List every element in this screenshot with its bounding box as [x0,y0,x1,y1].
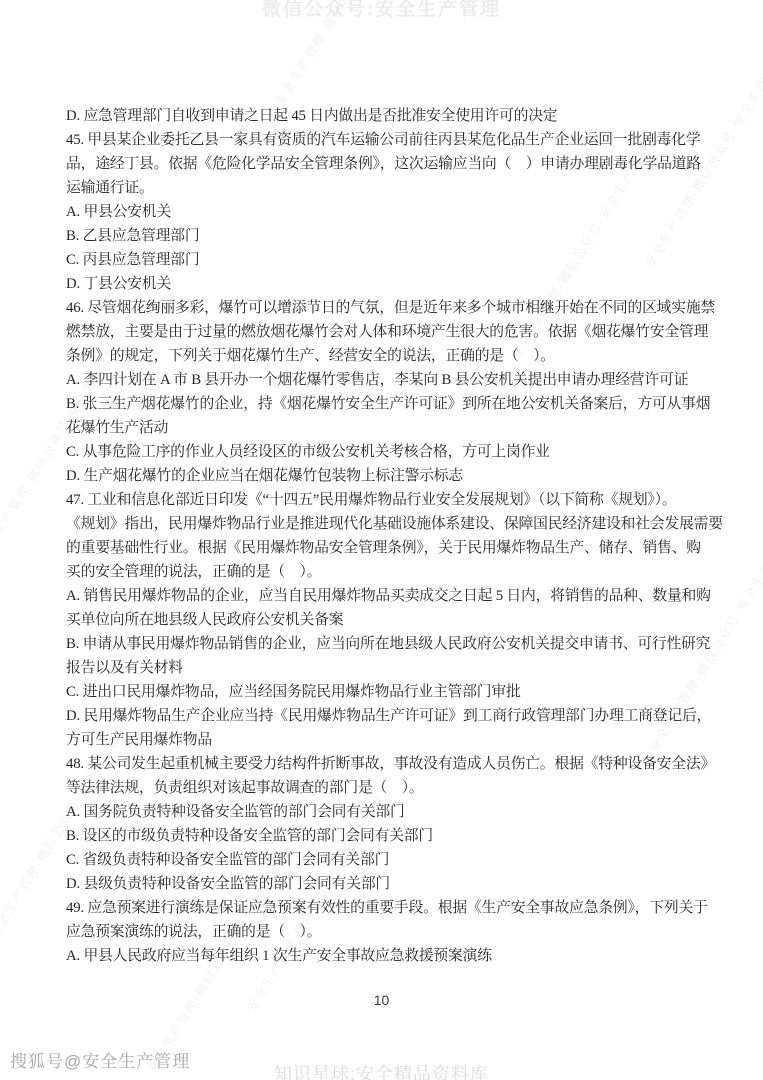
exam-text-block: D. 应急管理部门自收到申请之日起 45 日内做出是否批准安全使用许可的决定45… [66,104,726,968]
text-line: 《规划》指出，民用爆炸物品行业是推进现代化基础设施体系建设、保障国民经济建设和社… [66,512,726,536]
document-page: 微信公众号:安全生产管理 安全生产管理·微信公众号·安全生产管理 安全生产管理·… [0,0,763,1080]
text-line: B. 乙县应急管理部门 [66,224,726,248]
page-number: 10 [0,992,763,1008]
text-line: 运输通行证。 [66,176,726,200]
text-line: 报告以及有关材料 [66,656,726,680]
text-line: 条例》的规定，下列关于烟花爆竹生产、经营安全的说法，正确的是（ ）。 [66,344,726,368]
text-line: D. 民用爆炸物品生产企业应当持《民用爆炸物品生产许可证》到工商行政管理部门办理… [66,704,726,728]
watermark-bottom-center: 知识星球:安全精品资料库 [0,1060,763,1080]
text-line: 45. 甲县某企业委托乙县一家具有资质的汽车运输公司前往丙县某危化品生产企业运回… [66,128,726,152]
text-line: A. 李四计划在 A 市 B 县开办一个烟花爆竹零售店，李某向 B 县公安机关提… [66,368,726,392]
text-line: 花爆竹生产活动 [66,416,726,440]
text-line: B. 设区的市级负责特种设备安全监管的部门会同有关部门 [66,824,726,848]
text-line: 品，途经丁县。依据《危险化学品安全管理条例》，这次运输应当向（ ）申请办理剧毒化… [66,152,726,176]
text-line: A. 甲县人民政府应当每年组织 1 次生产安全事故应急救援预案演练 [66,944,726,968]
text-line: 46. 尽管烟花绚丽多彩，爆竹可以增添节日的气氛，但是近年来多个城市相继开始在不… [66,296,726,320]
text-line: C. 从事危险工序的作业人员经设区的市级公安机关考核合格，方可上岗作业 [66,440,726,464]
text-line: 48. 某公司发生起重机械主要受力结构件折断事故，事故没有造成人员伤亡。根据《特… [66,752,726,776]
text-line: D. 县级负责特种设备安全监管的部门会同有关部门 [66,872,726,896]
text-line: 燃禁放，主要是由于过量的燃放烟花爆竹会对人体和环境产生很大的危害。依据《烟花爆竹… [66,320,726,344]
text-line: C. 丙县应急管理部门 [66,248,726,272]
text-line: A. 销售民用爆炸物品的企业，应当自民用爆炸物品买卖成交之日起 5 日内，将销售… [66,584,726,608]
text-line: 49. 应急预案进行演练是保证应急预案有效性的重要手段。根据《生产安全事故应急条… [66,896,726,920]
text-line: D. 生产烟花爆竹的企业应当在烟花爆竹包装物上标注警示标志 [66,464,726,488]
text-line: 方可生产民用爆炸物品 [66,728,726,752]
text-line: 等法律法规，负责组织对该起事故调查的部门是（ ）。 [66,776,726,800]
text-line: D. 丁县公安机关 [66,272,726,296]
text-line: 的重要基础性行业。根据《民用爆炸物品安全管理条例》，关于民用爆炸物品生产、储存、… [66,536,726,560]
text-line: B. 申请从事民用爆炸物品销售的企业，应当向所在地县级人民政府公安机关提交申请书… [66,632,726,656]
text-line: C. 省级负责特种设备安全监管的部门会同有关部门 [66,848,726,872]
text-line: 应急预案演练的说法，正确的是（ ）。 [66,920,726,944]
text-line: 买的安全管理的说法，正确的是（ ）。 [66,560,726,584]
text-line: A. 国务院负责特种设备安全监管的部门会同有关部门 [66,800,726,824]
text-line: B. 张三生产烟花爆竹的企业，持《烟花爆竹安全生产许可证》到所在地公安机关备案后… [66,392,726,416]
text-line: 买单位向所在地县级人民政府公安机关备案 [66,608,726,632]
watermark-top: 微信公众号:安全生产管理 [0,0,763,21]
text-line: C. 进出口民用爆炸物品，应当经国务院民用爆炸物品行业主管部门审批 [66,680,726,704]
text-line: D. 应急管理部门自收到申请之日起 45 日内做出是否批准安全使用许可的决定 [66,104,726,128]
text-line: A. 甲县公安机关 [66,200,726,224]
text-line: 47. 工业和信息化部近日印发《“十四五”民用爆炸物品行业安全发展规划》（以下简… [66,488,726,512]
